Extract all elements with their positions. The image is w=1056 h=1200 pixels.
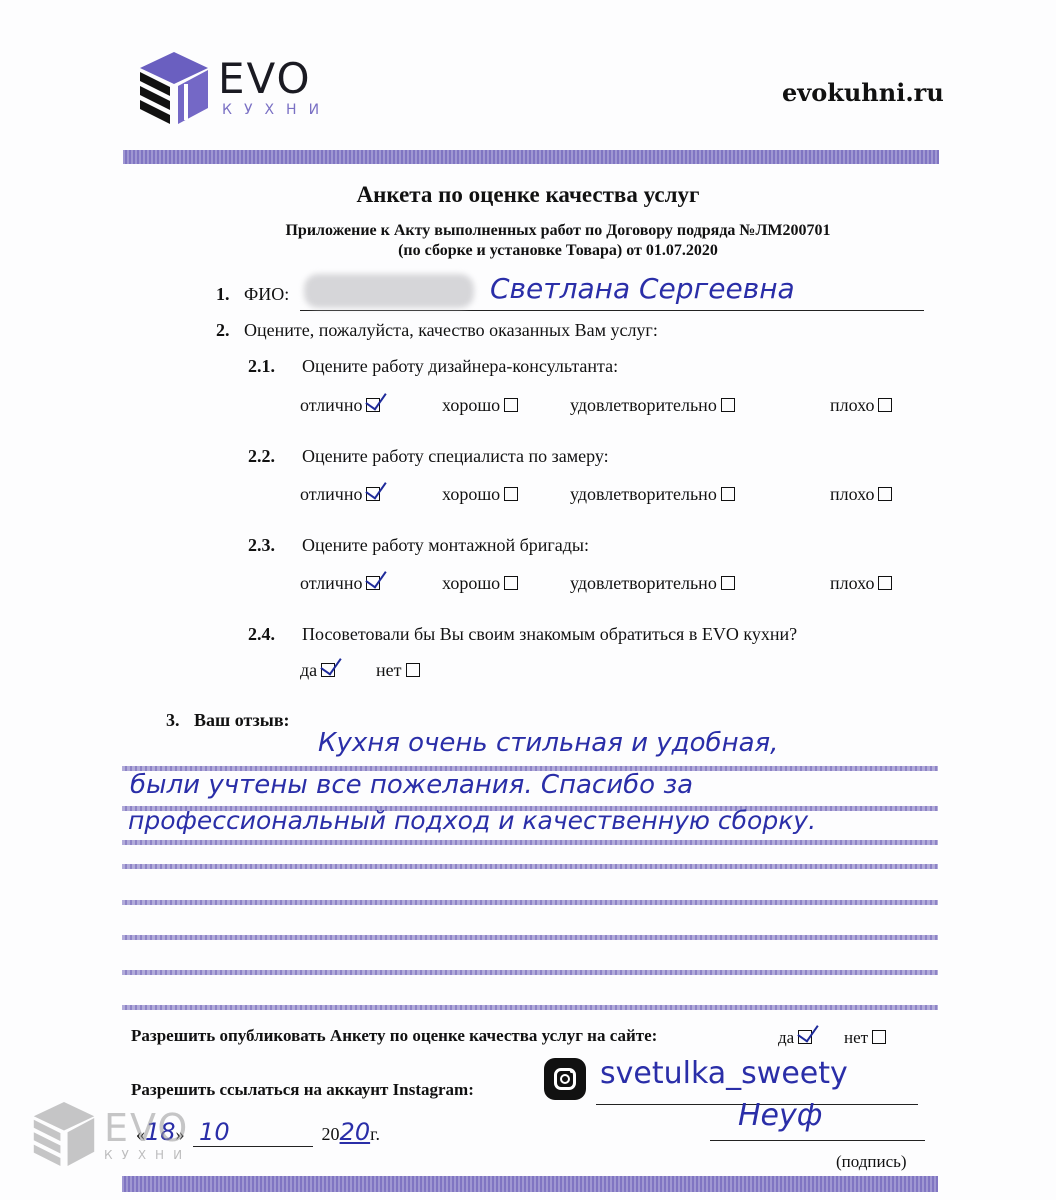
- q23-option-excellent[interactable]: отлично: [300, 573, 380, 594]
- q1: 1. ФИО:: [216, 284, 289, 305]
- feedback-line-1: Кухня очень стильная и удобная,: [318, 728, 778, 758]
- website-link[interactable]: evokuhni.ru: [782, 78, 944, 107]
- signature-field[interactable]: Неуф: [710, 1108, 925, 1141]
- instagram-icon: [544, 1058, 586, 1100]
- checkbox[interactable]: [406, 663, 420, 677]
- instagram-label: Разрешить ссылаться на аккаунт Instagram…: [131, 1080, 474, 1100]
- q2-label: Оцените, пожалуйста, качество оказанных …: [244, 320, 658, 340]
- q24-option-yes[interactable]: да: [300, 660, 335, 681]
- q23-label: Оцените работу монтажной бригады:: [302, 535, 589, 556]
- checkbox[interactable]: [504, 398, 518, 412]
- q23: 2.3.: [248, 535, 275, 556]
- brand-logo: EVO КУХНИ: [138, 48, 338, 128]
- q24-option-no[interactable]: нет: [376, 660, 420, 681]
- brand-sub: КУХНИ: [222, 102, 331, 118]
- q21: 2.1.: [248, 356, 275, 377]
- writing-line: [122, 900, 938, 905]
- q21-number: 2.1.: [248, 356, 275, 376]
- redaction-blur: [304, 274, 474, 308]
- subtitle-line1: Приложение к Акту выполненных работ по Д…: [228, 222, 888, 240]
- checkbox[interactable]: [721, 487, 735, 501]
- q2: 2. Оцените, пожалуйста, качество оказанн…: [216, 320, 658, 341]
- q24: 2.4.: [248, 624, 275, 645]
- feedback-line-2: были учтены все пожелания. Спасибо за: [130, 770, 693, 800]
- checkbox[interactable]: [504, 576, 518, 590]
- q24-number: 2.4.: [248, 624, 275, 644]
- checkbox[interactable]: [878, 487, 892, 501]
- watermark-sub: КУХНИ: [104, 1148, 191, 1162]
- feedback-line-3: профессиональный подход и качественную с…: [128, 806, 816, 835]
- watermark-brand: EVO: [104, 1106, 189, 1150]
- cube-logo-icon: [138, 50, 210, 126]
- q24-label: Посоветовали бы Вы своим знакомым обрати…: [302, 624, 797, 645]
- watermark-logo: EVO КУХНИ: [32, 1100, 212, 1170]
- q21-option-excellent[interactable]: отлично: [300, 395, 380, 416]
- q2-number: 2.: [216, 320, 230, 340]
- q3-label: Ваш отзыв:: [194, 710, 290, 730]
- checkbox-checked[interactable]: [798, 1030, 812, 1044]
- publish-option-no[interactable]: нет: [844, 1028, 886, 1048]
- checkbox[interactable]: [721, 576, 735, 590]
- q22: 2.2.: [248, 446, 275, 467]
- checkbox-checked[interactable]: [366, 398, 380, 412]
- instagram-handle: svetulka_sweety: [600, 1056, 848, 1091]
- writing-line: [122, 935, 938, 940]
- publish-option-yes[interactable]: да: [778, 1028, 812, 1048]
- publish-label: Разрешить опубликовать Анкету по оценке …: [131, 1026, 657, 1046]
- checkbox[interactable]: [872, 1030, 886, 1044]
- cube-logo-icon: [32, 1100, 96, 1168]
- checkbox[interactable]: [721, 398, 735, 412]
- fio-value: Светлана Сергеевна: [490, 272, 795, 305]
- q22-option-bad[interactable]: плохо: [830, 484, 892, 505]
- checkbox[interactable]: [878, 398, 892, 412]
- subtitle-line2: (по сборке и установке Товара) от 01.07.…: [228, 242, 888, 260]
- checkbox[interactable]: [878, 576, 892, 590]
- q1-number: 1.: [216, 284, 230, 304]
- writing-line: [122, 970, 938, 975]
- header-divider: [123, 150, 939, 164]
- writing-line: [122, 864, 938, 869]
- q23-option-bad[interactable]: плохо: [830, 573, 892, 594]
- signature-value: Неуф: [738, 1098, 822, 1133]
- q21-option-bad[interactable]: плохо: [830, 395, 892, 416]
- date-year: 20: [340, 1118, 371, 1146]
- footer-divider: [122, 1176, 938, 1192]
- signature-caption: (подпись): [836, 1152, 907, 1172]
- checkbox-checked[interactable]: [321, 663, 335, 677]
- writing-line: [122, 840, 938, 845]
- fio-field[interactable]: Светлана Сергеевна: [300, 280, 924, 311]
- q21-option-good[interactable]: хорошо: [442, 395, 518, 416]
- q22-number: 2.2.: [248, 446, 275, 466]
- q22-option-good[interactable]: хорошо: [442, 484, 518, 505]
- brand-name: EVO: [218, 54, 312, 103]
- q3-number: 3.: [166, 710, 180, 730]
- writing-line: [122, 1005, 938, 1010]
- page-title: Анкета по оценке качества услуг: [0, 182, 1056, 208]
- q22-option-excellent[interactable]: отлично: [300, 484, 380, 505]
- q22-option-satisfactory[interactable]: удовлетворительно: [570, 484, 735, 505]
- checkbox[interactable]: [504, 487, 518, 501]
- q23-option-good[interactable]: хорошо: [442, 573, 518, 594]
- q23-number: 2.3.: [248, 535, 275, 555]
- q21-option-satisfactory[interactable]: удовлетворительно: [570, 395, 735, 416]
- q23-option-satisfactory[interactable]: удовлетворительно: [570, 573, 735, 594]
- q21-label: Оцените работу дизайнера-консультанта:: [302, 356, 618, 377]
- q22-label: Оцените работу специалиста по замеру:: [302, 446, 609, 467]
- checkbox-checked[interactable]: [366, 487, 380, 501]
- q3: 3. Ваш отзыв:: [166, 710, 290, 731]
- q1-label: ФИО:: [244, 284, 289, 304]
- checkbox-checked[interactable]: [366, 576, 380, 590]
